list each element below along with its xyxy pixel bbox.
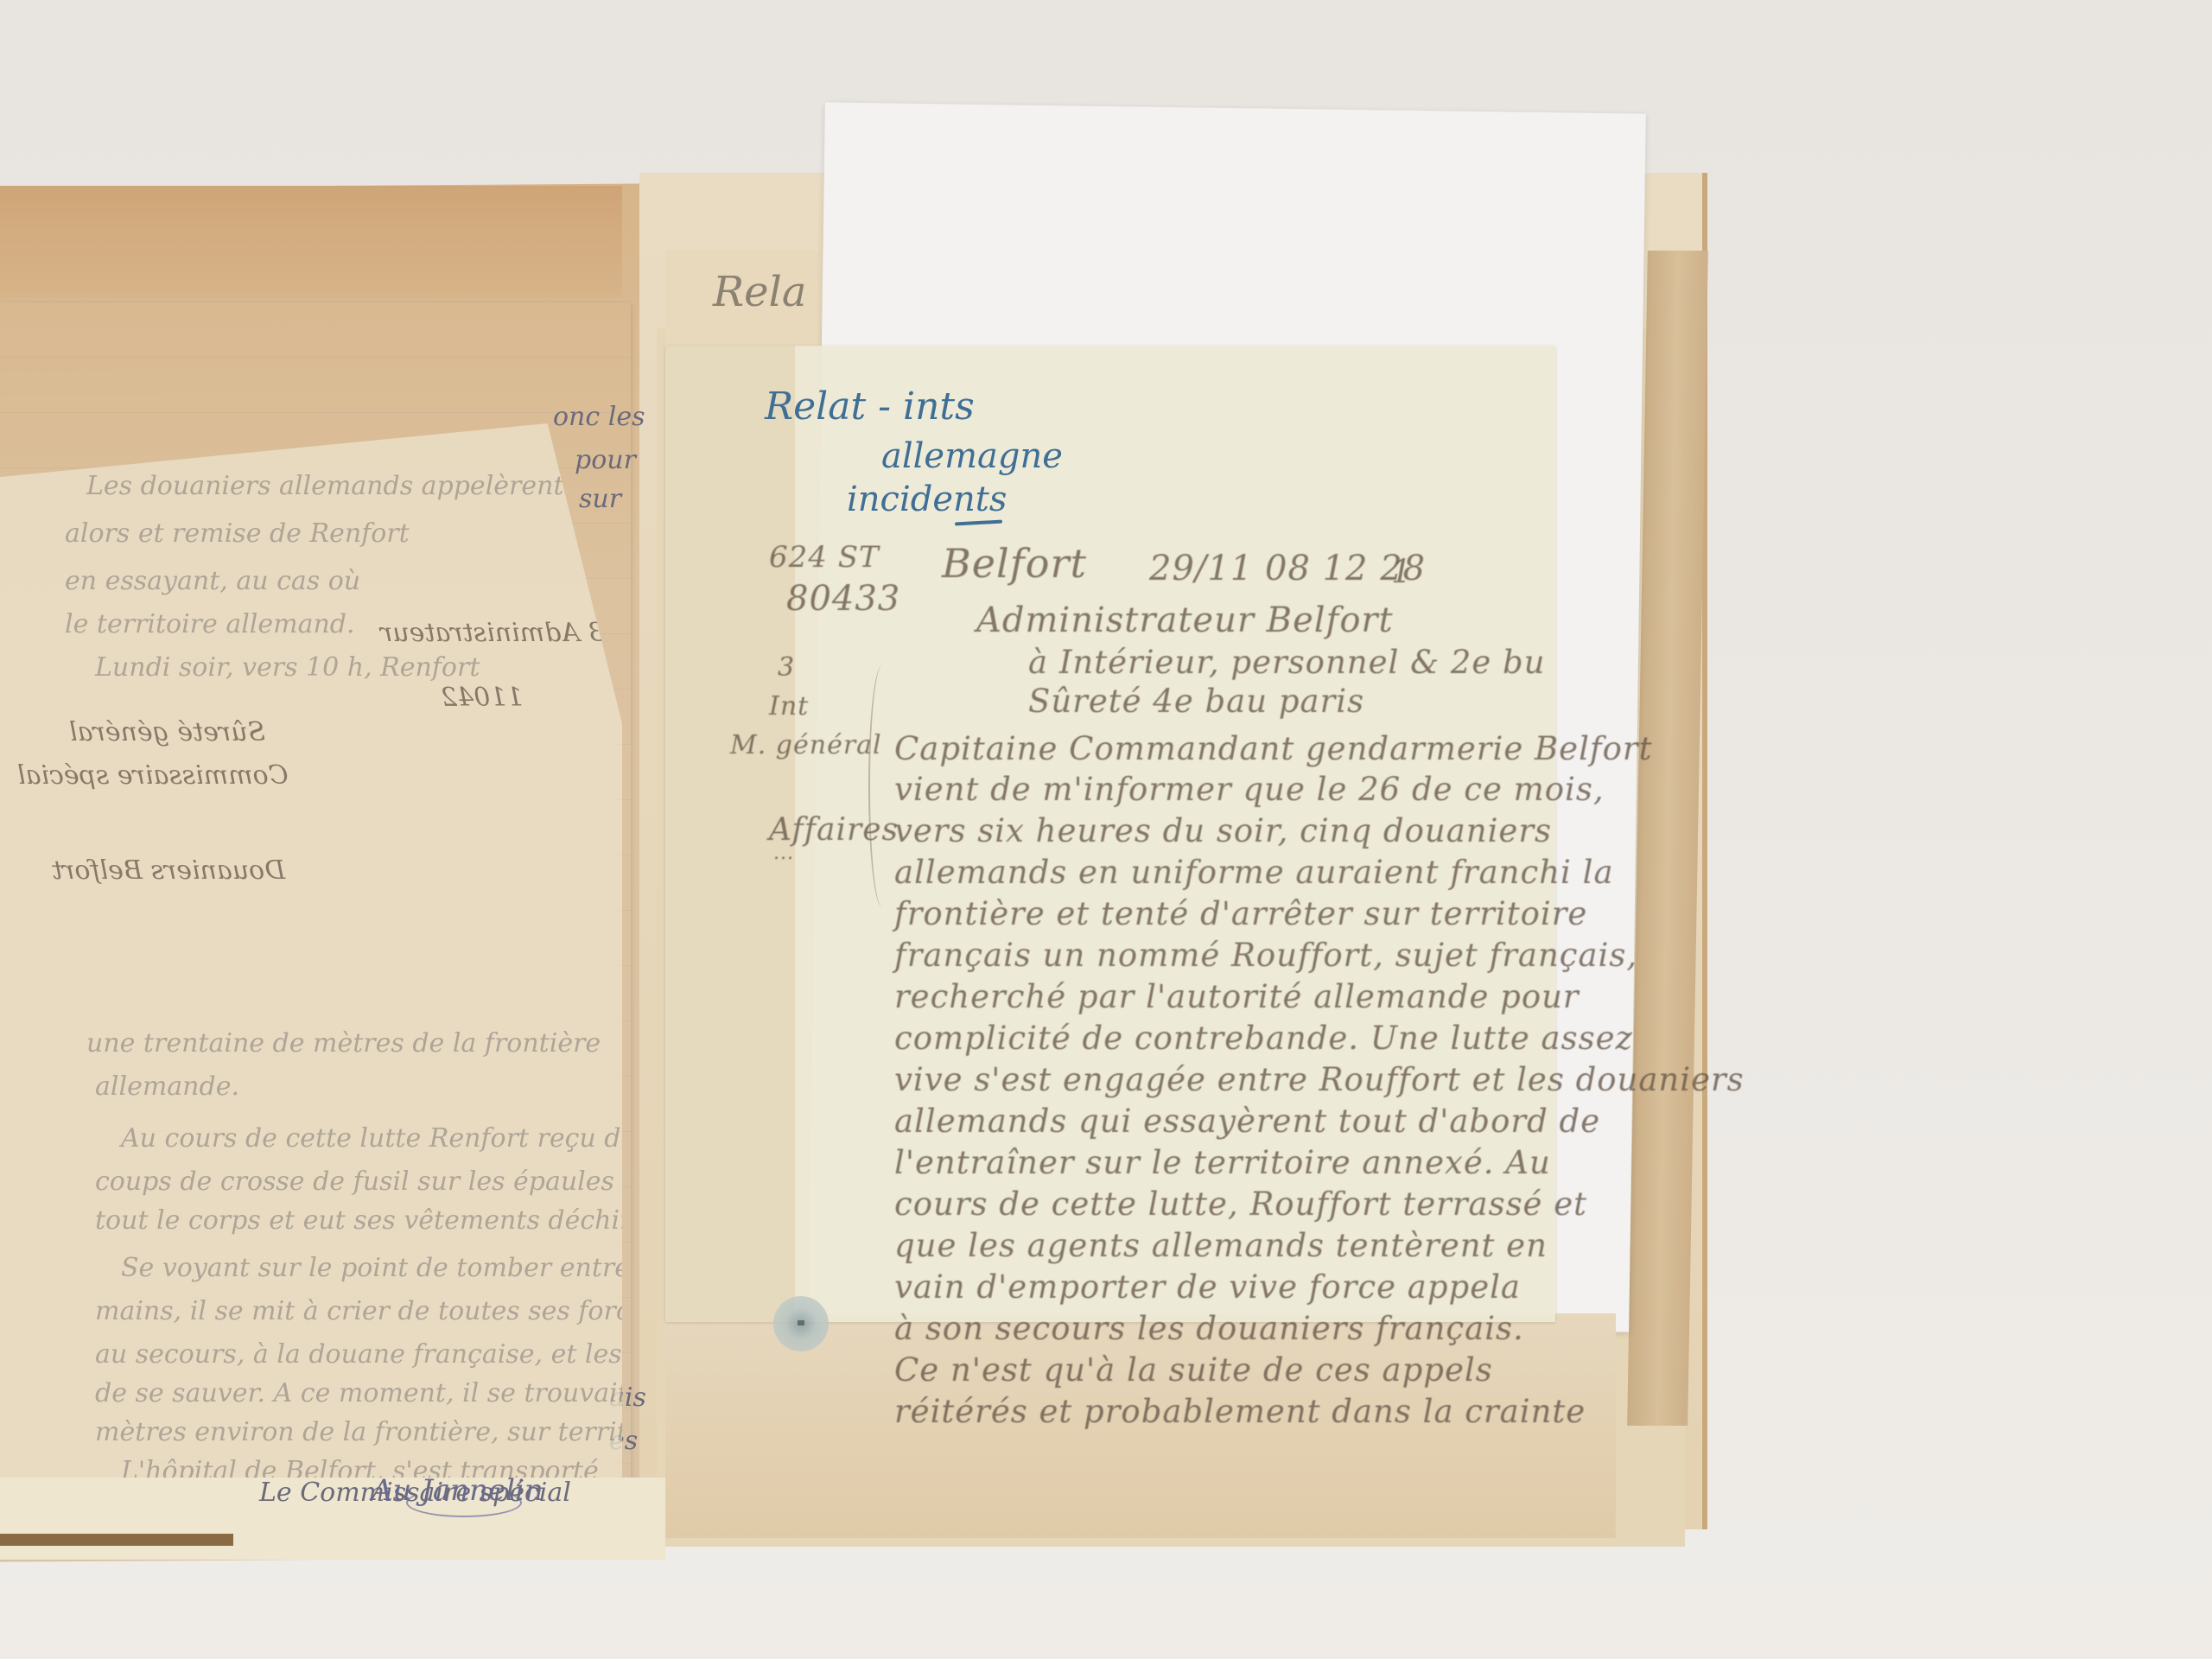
place: Belfort bbox=[942, 540, 1087, 587]
body-line: l'entraîner sur le territoire annexé. Au bbox=[894, 1144, 1551, 1181]
body-line: Capitaine Commandant gendarmerie Belfort bbox=[894, 730, 1652, 767]
body-line: allemands en uniforme auraient franchi l… bbox=[894, 854, 1614, 891]
faint-line: mains, il se mit à crier de toutes ses f… bbox=[95, 1296, 659, 1326]
addressee-line: Administrateur Belfort bbox=[976, 601, 1394, 640]
edge-fragment: onc les bbox=[553, 402, 645, 432]
faint-line: en essayant, au cas où bbox=[65, 566, 360, 596]
blue-annotation: allemagne bbox=[881, 436, 1063, 476]
faint-line: allemande. bbox=[95, 1071, 239, 1102]
folder-tab: Rela bbox=[665, 251, 821, 347]
margin-note: ... bbox=[773, 842, 794, 864]
telegram-copy: Relat - ints allemagne incidents 624 ST … bbox=[665, 346, 1555, 1322]
faint-line: coups de crosse de fusil sur les épaules… bbox=[95, 1166, 699, 1197]
body-line: vers six heures du soir, cinq douaniers bbox=[894, 812, 1552, 849]
margin-bracket bbox=[868, 665, 896, 907]
bleedthrough-line: Commissaire spécial bbox=[17, 760, 289, 791]
page-number: 1 bbox=[1391, 553, 1413, 590]
faint-line: alors et remise de Renfort bbox=[65, 518, 410, 549]
blue-underline bbox=[955, 520, 1002, 526]
body-line: frontière et tenté d'arrêter sur territo… bbox=[894, 895, 1587, 932]
bleedthrough-line: 11042 bbox=[441, 683, 523, 713]
margin-note: Int bbox=[769, 691, 809, 721]
margin-note: M. général bbox=[730, 730, 882, 760]
edge-fragment: pour bbox=[575, 445, 636, 475]
body-line: cours de cette lutte, Rouffort terrassé … bbox=[894, 1185, 1587, 1223]
faint-line: le territoire allemand. bbox=[65, 609, 355, 639]
body-line: Ce n'est qu'à la suite de ces appels bbox=[894, 1351, 1493, 1389]
left-tissue-overlay: Les douaniers allemands appelèrent alors… bbox=[0, 423, 622, 1495]
body-line: vive s'est engagée entre Rouffort et les… bbox=[894, 1061, 1745, 1098]
body-line: que les agents allemands tentèrent en bbox=[894, 1227, 1548, 1264]
body-line: allemands qui essayèrent tout d'abord de bbox=[894, 1103, 1600, 1140]
folder-tab-label: Rela bbox=[713, 268, 807, 316]
bleedthrough-line: Douaniers Belfort bbox=[52, 855, 285, 886]
signature-flourish bbox=[406, 1488, 522, 1517]
bleedthrough-line: Sûreté général bbox=[69, 717, 265, 747]
faint-line: mètres environ de la frontière, sur terr… bbox=[95, 1417, 679, 1447]
body-line: français un nommé Rouffort, sujet frança… bbox=[894, 937, 1637, 974]
left-document-bottom: Le Commissaire spécial bbox=[0, 1478, 665, 1560]
faint-line: Se voyant sur le point de tomber entre l… bbox=[121, 1253, 704, 1283]
paper-stack-edge bbox=[0, 186, 622, 298]
body-line: à son secours les douaniers français. bbox=[894, 1310, 1524, 1347]
folder-bottom-edge bbox=[0, 1534, 233, 1546]
body-line: complicité de contrebande. Une lutte ass… bbox=[894, 1020, 1633, 1057]
body-line: vient de m'informer que le 26 de ce mois… bbox=[894, 771, 1605, 808]
reference-number: 624 ST bbox=[769, 540, 880, 575]
faint-line: de se sauver. A ce moment, il se trouvai… bbox=[95, 1378, 652, 1408]
body-line: réitérés et probablement dans la crainte bbox=[894, 1393, 1586, 1430]
reference-number: 80433 bbox=[786, 579, 900, 619]
blue-annotation: Relat - ints bbox=[765, 385, 975, 429]
faint-line: Lundi soir, vers 10 h, Renfort bbox=[95, 652, 480, 683]
body-line: vain d'emporter de vive force appela bbox=[894, 1268, 1521, 1306]
faint-line: une trentaine de mètres de la frontière bbox=[86, 1028, 601, 1058]
faint-line: Les douaniers allemands appelèrent bbox=[86, 471, 564, 501]
body-line: recherché par l'autorité allemande pour bbox=[894, 978, 1580, 1015]
date: 29/11 08 12 28 bbox=[1149, 549, 1426, 588]
edge-fragment: sur bbox=[579, 484, 621, 514]
ink-stamp-dot bbox=[773, 1296, 829, 1351]
faint-line: tout le corps et eut ses vêtements déchi… bbox=[95, 1205, 669, 1236]
blue-annotation: incidents bbox=[847, 480, 1007, 519]
margin-note: 3 bbox=[778, 652, 795, 683]
addressee-line: à Intérieur, personnel & 2e bu bbox=[1028, 644, 1546, 681]
addressee-line: Sûreté 4e bau paris bbox=[1028, 683, 1364, 720]
